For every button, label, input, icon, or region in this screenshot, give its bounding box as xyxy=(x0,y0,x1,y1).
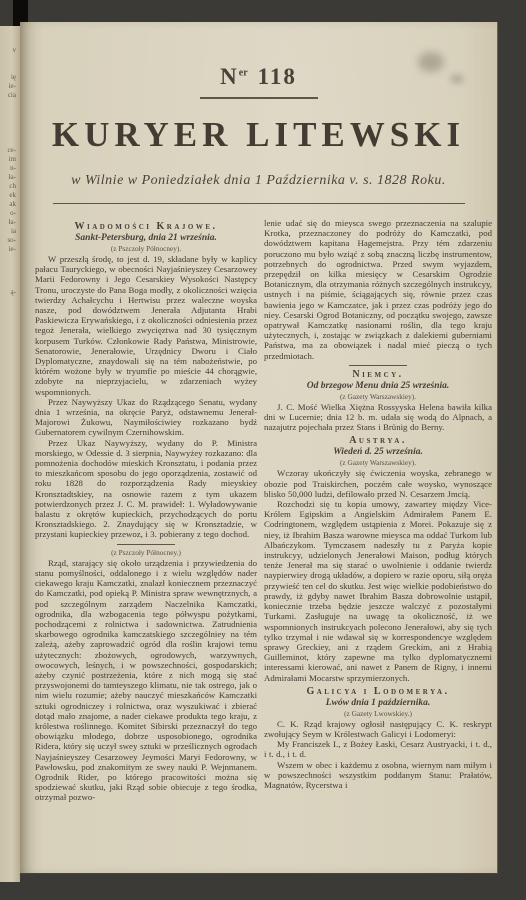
margin-text-fragment: ak xyxy=(0,200,16,208)
rule-under-issue xyxy=(200,97,318,99)
margin-text-fragment: so- xyxy=(0,236,16,244)
margin-text-fragment: ła- xyxy=(0,218,16,226)
margin-text-fragment: n- xyxy=(0,164,16,172)
article-dateline: Wiedeń d. 25 września. xyxy=(264,447,492,457)
facing-page-edge: v ię ie- cia ce- im n- ła- ch ek ak o- ł… xyxy=(0,26,20,882)
rule-under-masthead xyxy=(53,203,465,205)
source-credit: (z Pszczoły Północney). xyxy=(35,244,257,253)
newspaper-page: Ner118 KURYER LITEWSKI w Wilnie w Ponied… xyxy=(20,22,498,874)
section-heading-krajowe: Wiadomości Krajowe. xyxy=(35,221,257,232)
article-paragraph: W przeszłą środę, to jest d. 19, składan… xyxy=(35,254,257,397)
article-paragraph: Przez Naywyższy Ukaz do Rządzącego Senat… xyxy=(35,397,257,438)
margin-text-fragment: v xyxy=(0,46,16,54)
article-dateline: Lwów dnia 1 października. xyxy=(264,698,492,708)
issue-digits: 118 xyxy=(258,64,297,89)
article-paragraph: C. K. Rząd krajowy ogłosił następujący C… xyxy=(264,719,492,739)
margin-text-fragment: im xyxy=(0,155,16,163)
source-credit: (z Gazety Warszawskiey). xyxy=(264,392,492,401)
section-heading-austrya: Austrya. xyxy=(264,435,492,446)
issue-number: Ner118 xyxy=(20,64,497,90)
article-paragraph: Przez Ukaz Naywyższy, wydany do P. Minis… xyxy=(35,438,257,540)
section-divider-rule xyxy=(349,365,407,366)
source-credit: (z Gazety Lwowskiey.) xyxy=(264,709,492,718)
margin-text-fragment: o- xyxy=(0,209,16,217)
section-heading-niemcy: Niemcy. xyxy=(264,369,492,380)
margin-text-fragment: cia xyxy=(0,91,16,99)
article-dateline: Sankt-Petersburg, dnia 21 września. xyxy=(35,233,257,243)
article-paragraph: J. C. Mość Wielka Xiężna Rossyyska Helen… xyxy=(264,402,492,433)
source-credit: (z Gazety Warszawskiey). xyxy=(264,458,492,467)
masthead-dateline: w Wilnie w Poniedziałek dnia 1 Październ… xyxy=(20,173,497,189)
margin-text-fragment: ie- xyxy=(0,245,16,253)
margin-text-fragment: ia xyxy=(0,227,16,235)
margin-text-fragment: ą- xyxy=(0,288,16,296)
masthead: Ner118 KURYER LITEWSKI w Wilnie w Ponied… xyxy=(20,64,497,204)
section-heading-galicya: Galicya i Lodomerya. xyxy=(264,686,492,697)
article-paragraph: Rozchodzi się tu kopia umowy, zawartey m… xyxy=(264,499,492,683)
issue-superscript: er xyxy=(239,67,248,78)
issue-prefix: N xyxy=(220,64,239,89)
margin-text-fragment: ie- xyxy=(0,82,16,90)
scan-backdrop: v ię ie- cia ce- im n- ła- ch ek ak o- ł… xyxy=(0,0,526,900)
margin-text-fragment: ch xyxy=(0,182,16,190)
margin-text-fragment: ła- xyxy=(0,173,16,181)
left-column: Wiadomości Krajowe. Sankt-Petersburg, dn… xyxy=(35,218,257,830)
article-paragraph: My Franciszek I., z Bożey Łaski, Cesarz … xyxy=(264,739,492,759)
section-divider-rule xyxy=(117,544,175,545)
article-paragraph: Wczoray ukończyły się ćwiczenia woyska, … xyxy=(264,468,492,499)
margin-text-fragment: ce- xyxy=(0,146,16,154)
margin-text-fragment: ię xyxy=(0,73,16,81)
article-dateline: Od brzegow Menu dnia 25 września. xyxy=(264,381,492,391)
source-credit: (z Pszczoły Północney.) xyxy=(35,548,257,557)
article-paragraph: Rząd, starający się około urządzenia i p… xyxy=(35,558,257,803)
right-column: lenie udać się do mieysca swego przeznac… xyxy=(264,218,492,830)
article-columns: Wiadomości Krajowe. Sankt-Petersburg, dn… xyxy=(35,218,492,830)
margin-text-fragment: ek xyxy=(0,191,16,199)
newspaper-title: KURYER LITEWSKI xyxy=(20,115,497,155)
article-paragraph: lenie udać się do mieysca swego przeznac… xyxy=(264,218,492,361)
article-paragraph: Wszem w obec i każdemu z osobna, wiernym… xyxy=(264,760,492,791)
